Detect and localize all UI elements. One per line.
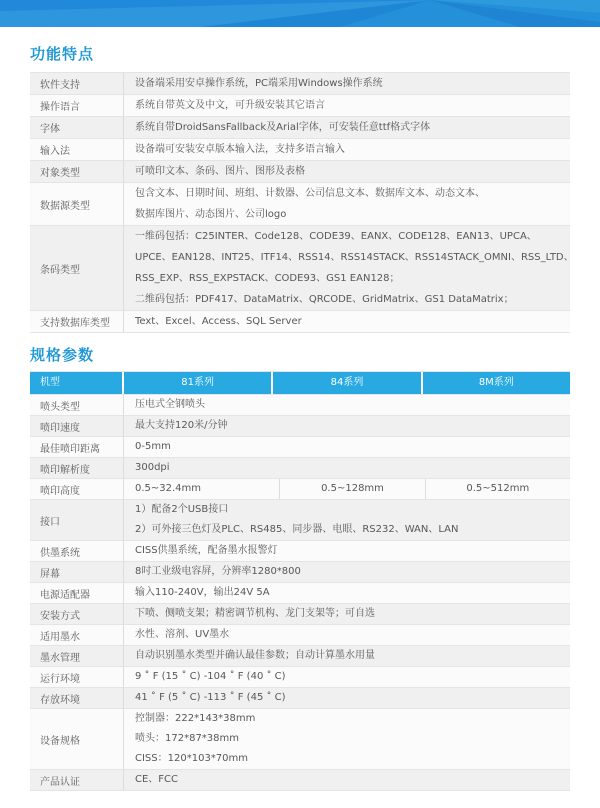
row-label: 墨水管理 bbox=[30, 646, 124, 666]
row-value: 8吋工业级电容屏，分辨率1280*800 bbox=[135, 562, 570, 582]
table-row: 适用墨水 水性、溶剂、UV墨水 bbox=[30, 625, 570, 646]
row-label: 屏幕 bbox=[30, 562, 124, 582]
row-value: 0-5mm bbox=[135, 437, 570, 457]
row-value: 2）可外接三色灯及PLC、RS485、同步器、电眼、RS232、WAN、LAN bbox=[135, 520, 570, 540]
row-value: Text、Excel、Access、SQL Server bbox=[135, 311, 570, 332]
row-label: 输入法 bbox=[30, 139, 124, 160]
row-value: RSS_EXP、RSS_EXPSTACK、CODE93、GS1 EAN128； bbox=[135, 268, 574, 289]
table-row: 运行环境 9 ˚ F (15 ˚ C) -104 ˚ F (40 ˚ C) bbox=[30, 667, 570, 688]
table-row: 产品认证 CE、FCC bbox=[30, 770, 570, 791]
row-label: 安装方式 bbox=[30, 604, 124, 624]
row-value: 9 ˚ F (15 ˚ C) -104 ˚ F (40 ˚ C) bbox=[135, 667, 570, 687]
row-label: 支持数据库类型 bbox=[30, 311, 124, 332]
table-row: 喷头类型 压电式全钢喷头 bbox=[30, 395, 570, 416]
row-label: 最佳喷印距离 bbox=[30, 437, 124, 457]
table-row: 喷印解析度 300dpi bbox=[30, 458, 570, 479]
table-row: 安装方式 下喷、侧喷支架；精密调节机构、龙门支架等；可自选 bbox=[30, 604, 570, 625]
row-value: 控制器：222*143*38mm bbox=[135, 709, 570, 729]
row-label: 喷印解析度 bbox=[30, 458, 124, 478]
table-row: 墨水管理 自动识别墨水类型并确认最佳参数；自动计算墨水用量 bbox=[30, 646, 570, 667]
specs-table: 机型 81系列 84系列 8M系列 喷头类型 压电式全钢喷头 喷印速度 最大支持… bbox=[30, 371, 570, 791]
row-label: 喷头类型 bbox=[30, 395, 124, 415]
print-height-81: 0.5~32.4mm bbox=[124, 479, 279, 499]
row-value: CISS供墨系统，配备墨水报警灯 bbox=[135, 541, 570, 561]
features-section-title: 功能特点 bbox=[30, 43, 570, 64]
page-content: 功能特点 软件支持 设备端采用安卓操作系统，PC端采用Windows操作系统 操… bbox=[30, 43, 570, 791]
table-row: 字体 系统自带DroidSansFallback及Arial字体，可安装任意tt… bbox=[30, 117, 570, 139]
row-label: 接口 bbox=[30, 500, 124, 540]
series-81-header: 81系列 bbox=[124, 372, 271, 394]
row-value: 压电式全钢喷头 bbox=[135, 395, 570, 415]
row-label: 字体 bbox=[30, 117, 124, 138]
table-row: 电源适配器 输入110-240V，输出24V 5A bbox=[30, 583, 570, 604]
features-table: 软件支持 设备端采用安卓操作系统，PC端采用Windows操作系统 操作语言 系… bbox=[30, 72, 570, 333]
row-label: 设备规格 bbox=[30, 709, 124, 769]
row-label: 喷印速度 bbox=[30, 416, 124, 436]
row-value: 设备端采用安卓操作系统，PC端采用Windows操作系统 bbox=[135, 73, 570, 94]
table-row: 接口 1）配备2个USB接口 2）可外接三色灯及PLC、RS485、同步器、电眼… bbox=[30, 500, 570, 541]
row-value: 数据库图片、动态图片、公司logo bbox=[135, 204, 570, 225]
row-value: 喷头：172*87*38mm bbox=[135, 729, 570, 749]
table-row: 输入法 设备端可安装安卓版本输入法，支持多语言输入 bbox=[30, 139, 570, 161]
row-label: 运行环境 bbox=[30, 667, 124, 687]
table-row: 最佳喷印距离 0-5mm bbox=[30, 437, 570, 458]
row-label: 条码类型 bbox=[30, 226, 124, 310]
row-label: 操作语言 bbox=[30, 95, 124, 116]
row-value: 1）配备2个USB接口 bbox=[135, 500, 570, 520]
row-value: 二维码包括：PDF417、DataMatrix、QRCODE、GridMatri… bbox=[135, 289, 574, 310]
table-row: 数据源类型 包含文本、日期时间、班组、计数器、公司信息文本、数据库文本、动态文本… bbox=[30, 183, 570, 226]
row-value: 包含文本、日期时间、班组、计数器、公司信息文本、数据库文本、动态文本、 bbox=[135, 183, 570, 204]
row-label: 对象类型 bbox=[30, 161, 124, 182]
specs-header-row: 机型 81系列 84系列 8M系列 bbox=[30, 372, 570, 395]
row-label: 适用墨水 bbox=[30, 625, 124, 645]
table-row: 软件支持 设备端采用安卓操作系统，PC端采用Windows操作系统 bbox=[30, 73, 570, 95]
specs-section-title: 规格参数 bbox=[30, 344, 570, 365]
row-value: 300dpi bbox=[135, 458, 570, 478]
row-label: 数据源类型 bbox=[30, 183, 124, 225]
series-84-header: 84系列 bbox=[271, 372, 420, 394]
table-row: 设备规格 控制器：222*143*38mm 喷头：172*87*38mm CIS… bbox=[30, 709, 570, 770]
print-height-84: 0.5~128mm bbox=[279, 479, 424, 499]
row-value: 最大支持120米/分钟 bbox=[135, 416, 570, 436]
table-row: 喷印速度 最大支持120米/分钟 bbox=[30, 416, 570, 437]
row-label: 软件支持 bbox=[30, 73, 124, 94]
table-row: 屏幕 8吋工业级电容屏，分辨率1280*800 bbox=[30, 562, 570, 583]
row-value: 一维码包括：C25INTER、Code128、CODE39、EANX、CODE1… bbox=[135, 226, 574, 247]
table-row: 供墨系统 CISS供墨系统，配备墨水报警灯 bbox=[30, 541, 570, 562]
table-row: 操作语言 系统自带英文及中文，可升级安装其它语言 bbox=[30, 95, 570, 117]
row-label: 存放环境 bbox=[30, 688, 124, 708]
row-value: UPCE、EAN128、INT25、ITF14、RSS14、RSS14STACK… bbox=[135, 247, 574, 268]
row-label: 供墨系统 bbox=[30, 541, 124, 561]
table-row: 存放环境 41 ˚ F (5 ˚ C) -113 ˚ F (45 ˚ C) bbox=[30, 688, 570, 709]
table-row-print-height: 喷印高度 0.5~32.4mm 0.5~128mm 0.5~512mm bbox=[30, 479, 570, 500]
row-label: 产品认证 bbox=[30, 770, 124, 790]
decorative-banner bbox=[0, 0, 600, 27]
row-value: 下喷、侧喷支架；精密调节机构、龙门支架等；可自选 bbox=[135, 604, 570, 624]
row-value: CE、FCC bbox=[135, 770, 570, 790]
table-row: 支持数据库类型 Text、Excel、Access、SQL Server bbox=[30, 311, 570, 333]
row-value: 输入110-240V，输出24V 5A bbox=[135, 583, 570, 603]
table-row: 对象类型 可喷印文本、条码、图片、图形及表格 bbox=[30, 161, 570, 183]
row-label: 喷印高度 bbox=[30, 479, 124, 499]
row-label: 电源适配器 bbox=[30, 583, 124, 603]
row-value: 可喷印文本、条码、图片、图形及表格 bbox=[135, 161, 570, 182]
series-8m-header: 8M系列 bbox=[421, 372, 570, 394]
row-value: 自动识别墨水类型并确认最佳参数；自动计算墨水用量 bbox=[135, 646, 570, 666]
model-header-cell: 机型 bbox=[30, 372, 124, 394]
table-row: 条码类型 一维码包括：C25INTER、Code128、CODE39、EANX、… bbox=[30, 226, 570, 311]
row-value: 系统自带英文及中文，可升级安装其它语言 bbox=[135, 95, 570, 116]
row-value: CISS：120*103*70mm bbox=[135, 749, 570, 769]
row-value: 系统自带DroidSansFallback及Arial字体，可安装任意ttf格式… bbox=[135, 117, 570, 138]
print-height-8m: 0.5~512mm bbox=[425, 479, 570, 499]
row-value: 41 ˚ F (5 ˚ C) -113 ˚ F (45 ˚ C) bbox=[135, 688, 570, 708]
row-value: 设备端可安装安卓版本输入法，支持多语言输入 bbox=[135, 139, 570, 160]
row-value: 水性、溶剂、UV墨水 bbox=[135, 625, 570, 645]
